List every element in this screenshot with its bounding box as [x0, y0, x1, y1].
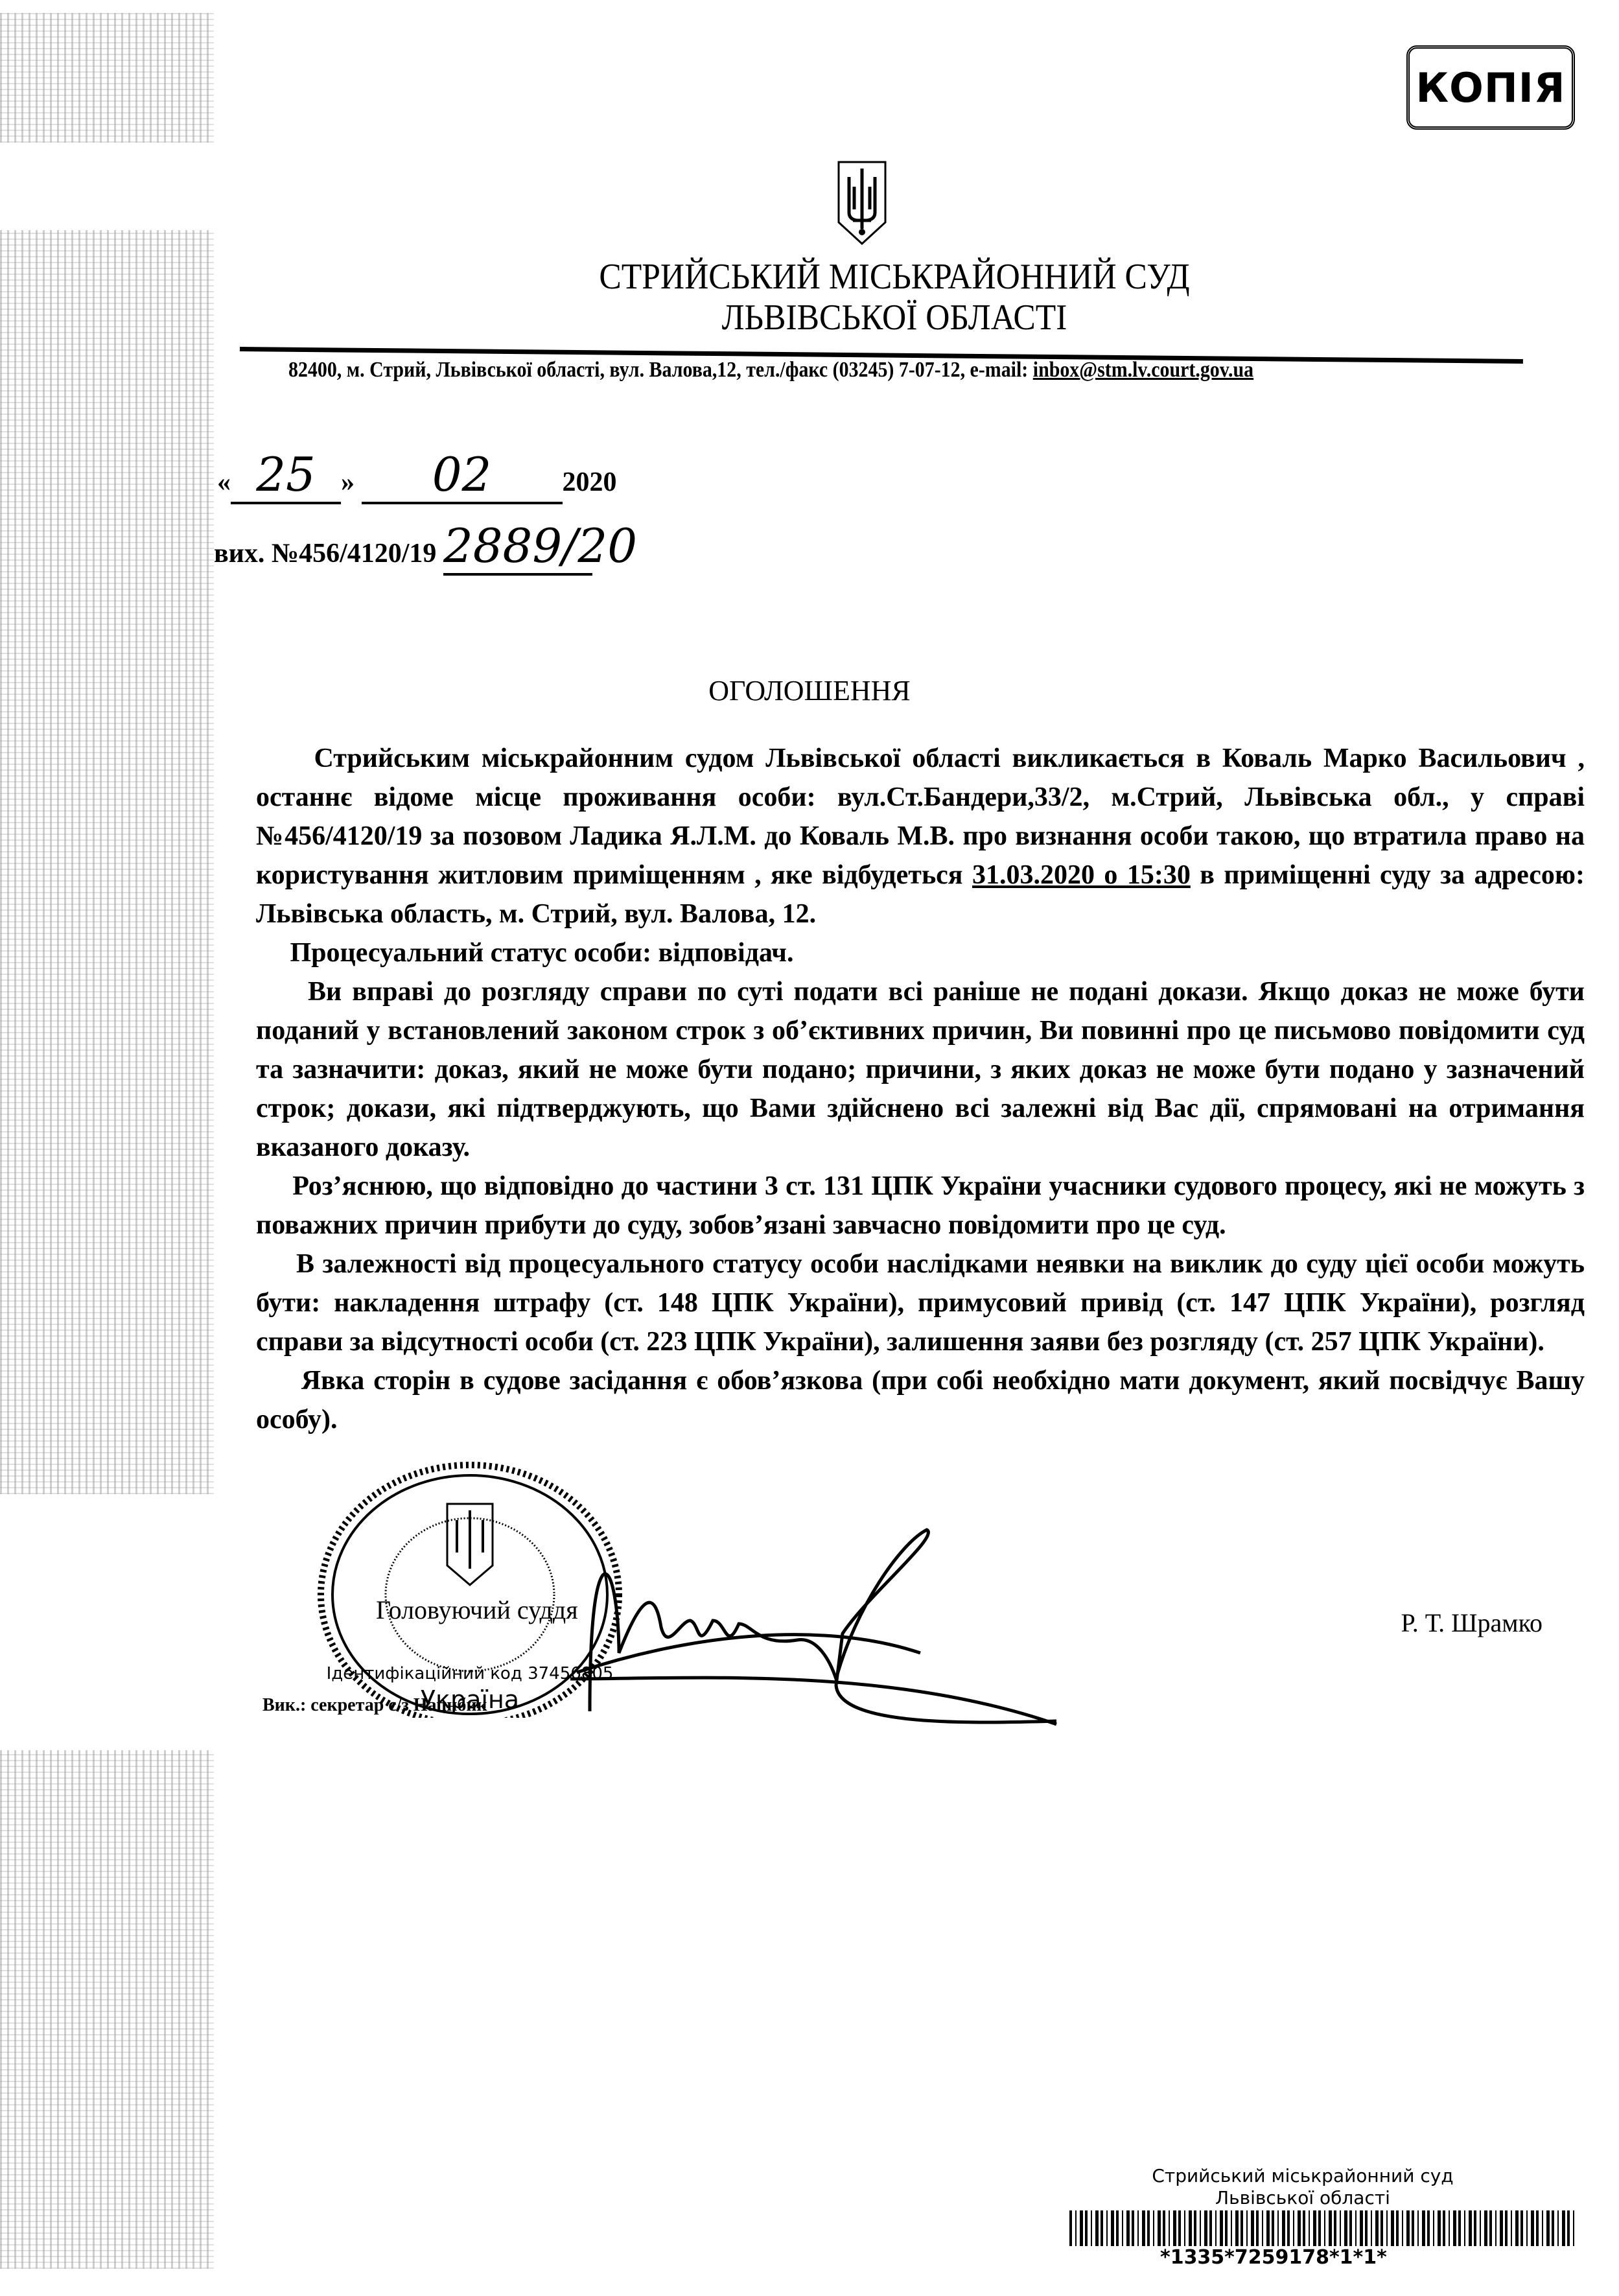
- trident-icon: [836, 161, 888, 245]
- paragraph-consequences: В залежності від процесуального статусу …: [256, 1245, 1585, 1361]
- attendance-text: Явка сторін в судове засідання є обов’яз…: [256, 1366, 1585, 1435]
- court-address: 82400, м. Стрий, Львівської області, вул…: [288, 358, 1253, 382]
- explanation-text: Роз’яснюю, що відповідно до частини 3 ст…: [256, 1171, 1585, 1240]
- paragraph-attendance: Явка сторін в судове засідання є обов’яз…: [256, 1361, 1585, 1439]
- court-name-line2: ЛЬВІВСЬКОЇ ОБЛАСТІ: [429, 297, 1359, 338]
- barcode-bars: [1069, 2210, 1575, 2246]
- registry-barcode: Стрийський міськрайонний суд Львівської …: [1069, 2165, 1575, 2269]
- paragraph-explanation: Роз’яснюю, що відповідно до частини 3 ст…: [256, 1167, 1585, 1245]
- document-date: «25» 022020: [217, 447, 617, 504]
- copy-stamp: КОПІЯ: [1406, 45, 1575, 130]
- court-name-line1: СТРИЙСЬКИЙ МІСЬКРАЙОННИЙ СУД: [429, 256, 1359, 298]
- date-close-quote: »: [341, 467, 355, 497]
- paragraph-evidence: Ви вправі до розгляду справи по суті под…: [256, 972, 1585, 1167]
- paragraph-summons: Стрийським міськрайонним судом Львівсько…: [256, 739, 1585, 933]
- barcode-org-line2: Львівської області: [1134, 2187, 1471, 2209]
- document-heading: ОГОЛОШЕННЯ: [0, 674, 1619, 707]
- consequences-text: В залежності від процесуального статусу …: [256, 1249, 1585, 1357]
- email-link[interactable]: inbox@stm.lv.court.gov.ua: [1033, 358, 1253, 382]
- date-day: 25: [231, 447, 341, 504]
- hearing-datetime: 31.03.2020 о 15:30: [972, 860, 1191, 890]
- date-month: 02: [362, 447, 563, 504]
- outgoing-number-handwritten: 2889/20: [443, 519, 592, 576]
- announcement-body: Стрийським міськрайонним судом Львівсько…: [256, 739, 1585, 1439]
- copy-stamp-label: КОПІЯ: [1415, 64, 1565, 111]
- outgoing-number-label: вих. №456/4120/19: [214, 539, 436, 568]
- judge-signature: [564, 1517, 1180, 1737]
- outgoing-number: вих. №456/4120/19 2889/20: [214, 519, 592, 576]
- barcode-number: *1335*7259178*1*1*: [1160, 2246, 1575, 2269]
- scan-noise-margin: [0, 230, 214, 1494]
- date-year: 2020: [563, 467, 617, 497]
- scan-noise-bottom: [0, 1750, 214, 2269]
- status-text: Процесуальний статус особи: відповідач.: [290, 938, 794, 968]
- judge-name: Р. Т. Шрамко: [1401, 1608, 1543, 1638]
- barcode-org-line1: Стрийський міськрайонний суд: [1134, 2165, 1471, 2187]
- address-text: 82400, м. Стрий, Львівської області, вул…: [288, 358, 1033, 382]
- evidence-text: Ви вправі до розгляду справи по суті под…: [256, 977, 1585, 1162]
- paragraph-status: Процесуальний статус особи: відповідач.: [256, 933, 1585, 972]
- scan-noise-top: [0, 13, 214, 143]
- judge-role: Головуючий суддя: [376, 1595, 578, 1625]
- date-open-quote: «: [217, 467, 231, 497]
- executor-line: Вик.: секретар с/з Напнбик: [262, 1695, 487, 1716]
